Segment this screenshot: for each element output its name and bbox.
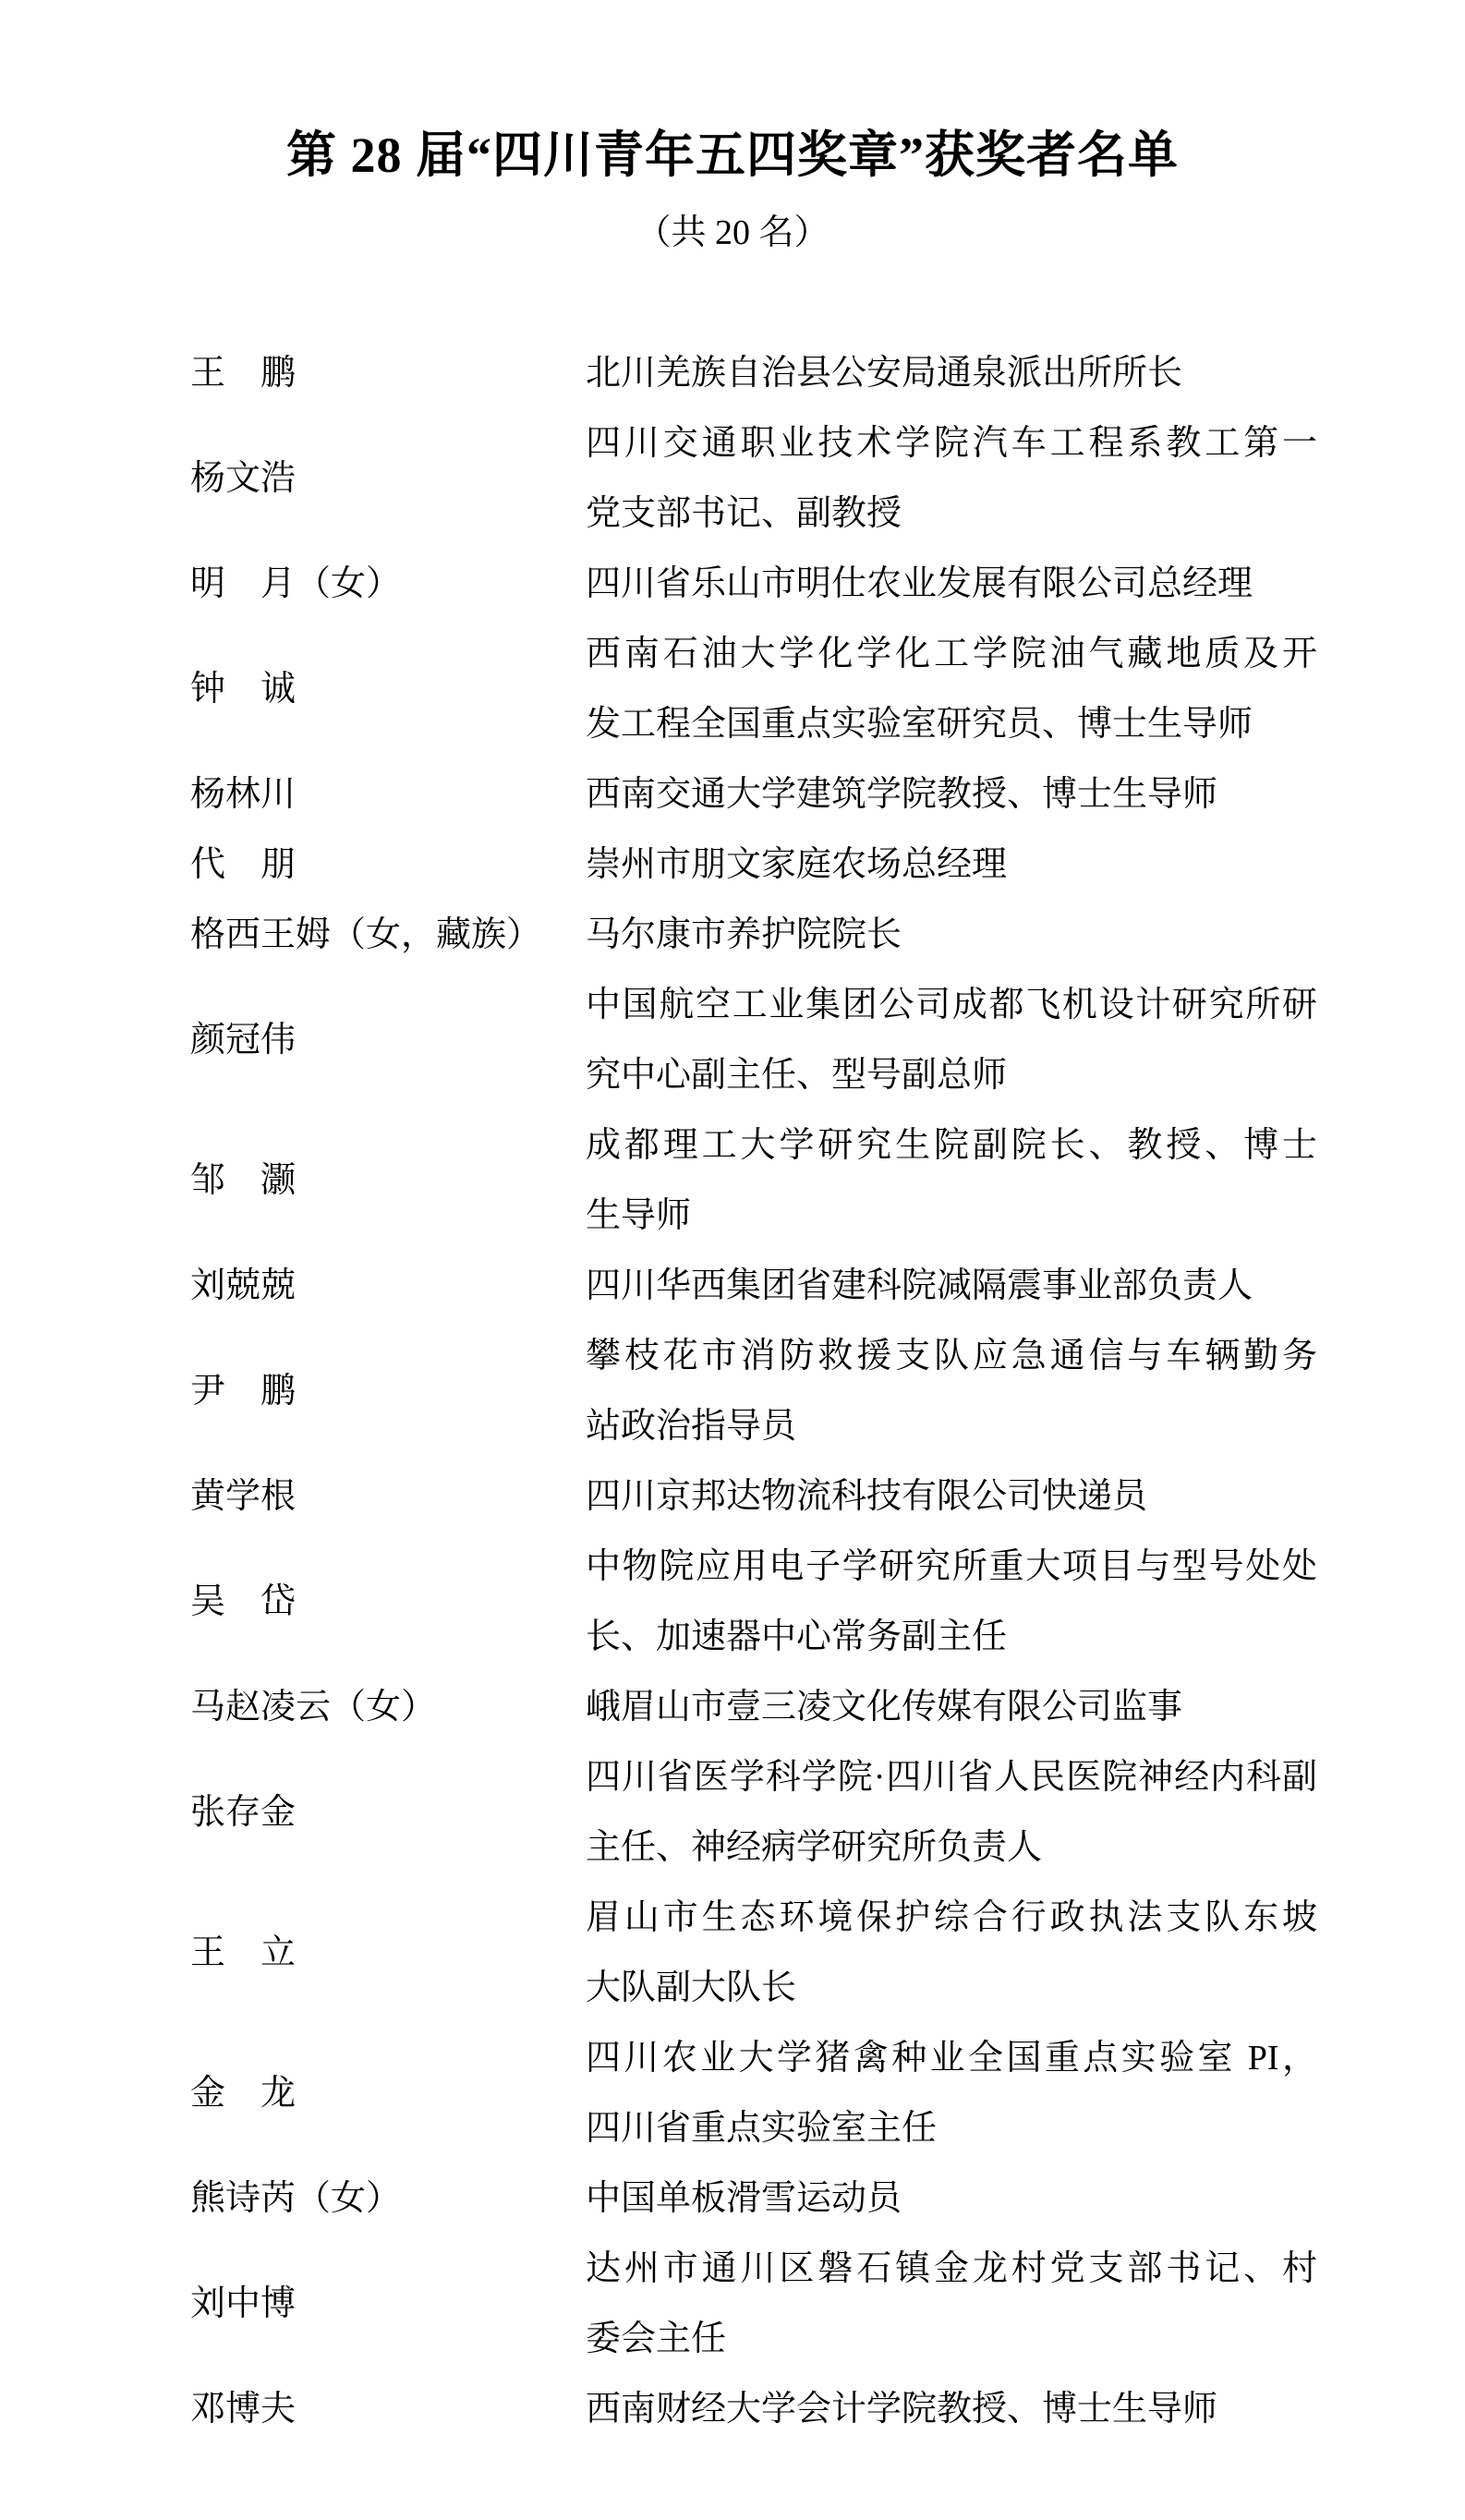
awardee-name: 金 龙 (190, 2058, 586, 2128)
list-item: 刘中博 达州市通川区磐石镇金龙村党支部书记、村 委会主任 (0, 2234, 1465, 2374)
awardee-title: 四川华西集团省建科院减隔震事业部负责人 (586, 1251, 1317, 1321)
awardee-title-line: 峨眉山市壹三凌文化传媒有限公司监事 (586, 1672, 1317, 1742)
awardee-title-line: 四川华西集团省建科院减隔震事业部负责人 (586, 1251, 1317, 1321)
awardee-title: 峨眉山市壹三凌文化传媒有限公司监事 (586, 1672, 1317, 1742)
awardee-title-line: 主任、神经病学研究所负责人 (586, 1812, 1317, 1883)
document-subtitle: （共 20 名） (0, 212, 1465, 253)
awardee-title: 崇州市朋文家庭农场总经理 (586, 830, 1317, 900)
awardee-title-line: 长、加速器中心常务副主任 (586, 1602, 1317, 1672)
list-item: 熊诗芮（女） 中国单板滑雪运动员 (0, 2163, 1465, 2234)
awardee-title-line: 究中心副主任、型号副总师 (586, 1040, 1317, 1110)
awardee-list: 王 鹏 北川羌族自治县公安局通泉派出所所长 杨文浩 四川交通职业技术学院汽车工程… (0, 338, 1465, 2444)
awardee-title-line: 四川省医学科学院·四川省人民医院神经内科副 (586, 1742, 1317, 1812)
awardee-title-line: 生导师 (586, 1181, 1317, 1251)
list-item: 张存金 四川省医学科学院·四川省人民医院神经内科副 主任、神经病学研究所负责人 (0, 1742, 1465, 1883)
awardee-title-line: 成都理工大学研究生院副院长、教授、博士 (586, 1110, 1317, 1181)
awardee-name: 刘中博 (190, 2269, 586, 2339)
awardee-title: 马尔康市养护院院长 (586, 900, 1317, 970)
awardee-name: 吴 岱 (190, 1567, 586, 1637)
awardee-title: 四川省医学科学院·四川省人民医院神经内科副 主任、神经病学研究所负责人 (586, 1742, 1317, 1883)
awardee-name: 邹 灏 (190, 1145, 586, 1216)
awardee-name: 张存金 (190, 1777, 586, 1848)
document-title: 第 28 届“四川青年五四奖章”获奖者名单 (0, 0, 1465, 183)
awardee-title-line: 四川交通职业技术学院汽车工程系教工第一 (586, 408, 1317, 479)
awardee-name: 王 鹏 (190, 338, 586, 408)
awardee-name: 代 朋 (190, 830, 586, 900)
list-item: 代 朋 崇州市朋文家庭农场总经理 (0, 830, 1465, 900)
awardee-title-line: 眉山市生态环境保护综合行政执法支队东坡 (586, 1883, 1317, 1953)
awardee-name: 马赵凌云（女） (190, 1672, 586, 1742)
list-item: 格西王姆（女，藏族） 马尔康市养护院院长 (0, 900, 1465, 970)
list-item: 吴 岱 中物院应用电子学研究所重大项目与型号处处 长、加速器中心常务副主任 (0, 1532, 1465, 1672)
awardee-title: 中国航空工业集团公司成都飞机设计研究所研 究中心副主任、型号副总师 (586, 970, 1317, 1110)
list-item: 王 鹏 北川羌族自治县公安局通泉派出所所长 (0, 338, 1465, 408)
awardee-title-line: 大队副大队长 (586, 1953, 1317, 2023)
awardee-title: 四川省乐山市明仕农业发展有限公司总经理 (586, 549, 1317, 619)
awardee-title-line: 攀枝花市消防救援支队应急通信与车辆勤务 (586, 1321, 1317, 1391)
awardee-title-line: 中国单板滑雪运动员 (586, 2163, 1317, 2234)
awardee-name: 颜冠伟 (190, 1005, 586, 1075)
awardee-title: 西南财经大学会计学院教授、博士生导师 (586, 2374, 1317, 2444)
awardee-title-line: 西南交通大学建筑学院教授、博士生导师 (586, 759, 1317, 830)
awardee-title: 四川交通职业技术学院汽车工程系教工第一 党支部书记、副教授 (586, 408, 1317, 549)
awardee-title-line: 崇州市朋文家庭农场总经理 (586, 830, 1317, 900)
awardee-title: 眉山市生态环境保护综合行政执法支队东坡 大队副大队长 (586, 1883, 1317, 2023)
awardee-title-line: 委会主任 (586, 2304, 1317, 2374)
list-item: 邓博夫 西南财经大学会计学院教授、博士生导师 (0, 2374, 1465, 2444)
awardee-name: 杨林川 (190, 759, 586, 830)
awardee-title-line: 西南财经大学会计学院教授、博士生导师 (586, 2374, 1317, 2444)
awardee-title: 中物院应用电子学研究所重大项目与型号处处 长、加速器中心常务副主任 (586, 1532, 1317, 1672)
awardee-title: 四川京邦达物流科技有限公司快递员 (586, 1461, 1317, 1532)
awardee-title: 北川羌族自治县公安局通泉派出所所长 (586, 338, 1317, 408)
awardee-title: 西南交通大学建筑学院教授、博士生导师 (586, 759, 1317, 830)
awardee-title: 西南石油大学化学化工学院油气藏地质及开 发工程全国重点实验室研究员、博士生导师 (586, 619, 1317, 759)
awardee-title: 达州市通川区磐石镇金龙村党支部书记、村 委会主任 (586, 2234, 1317, 2374)
list-item: 杨文浩 四川交通职业技术学院汽车工程系教工第一 党支部书记、副教授 (0, 408, 1465, 549)
list-item: 颜冠伟 中国航空工业集团公司成都飞机设计研究所研 究中心副主任、型号副总师 (0, 970, 1465, 1110)
awardee-title-line: 站政治指导员 (586, 1391, 1317, 1461)
awardee-name: 王 立 (190, 1918, 586, 1988)
awardee-title-line: 中物院应用电子学研究所重大项目与型号处处 (586, 1532, 1317, 1602)
awardee-title-line: 西南石油大学化学化工学院油气藏地质及开 (586, 619, 1317, 689)
awardee-title-line: 马尔康市养护院院长 (586, 900, 1317, 970)
awardee-title: 成都理工大学研究生院副院长、教授、博士 生导师 (586, 1110, 1317, 1251)
awardee-title-line: 北川羌族自治县公安局通泉派出所所长 (586, 338, 1317, 408)
awardee-name: 刘兢兢 (190, 1251, 586, 1321)
awardee-name: 格西王姆（女，藏族） (190, 900, 586, 970)
awardee-title: 中国单板滑雪运动员 (586, 2163, 1317, 2234)
list-item: 王 立 眉山市生态环境保护综合行政执法支队东坡 大队副大队长 (0, 1883, 1465, 2023)
awardee-name: 杨文浩 (190, 443, 586, 514)
list-item: 钟 诚 西南石油大学化学化工学院油气藏地质及开 发工程全国重点实验室研究员、博士… (0, 619, 1465, 759)
list-item: 黄学根 四川京邦达物流科技有限公司快递员 (0, 1461, 1465, 1532)
list-item: 杨林川 西南交通大学建筑学院教授、博士生导师 (0, 759, 1465, 830)
awardee-title-line: 四川农业大学猪禽种业全国重点实验室 PI， (586, 2023, 1317, 2093)
list-item: 刘兢兢 四川华西集团省建科院减隔震事业部负责人 (0, 1251, 1465, 1321)
awardee-name: 钟 诚 (190, 654, 586, 724)
awardee-title-line: 党支部书记、副教授 (586, 479, 1317, 549)
awardee-title-line: 四川省重点实验室主任 (586, 2093, 1317, 2163)
awardee-name: 熊诗芮（女） (190, 2163, 586, 2234)
awardee-name: 邓博夫 (190, 2374, 586, 2444)
awardee-title: 攀枝花市消防救援支队应急通信与车辆勤务 站政治指导员 (586, 1321, 1317, 1461)
awardee-title-line: 四川京邦达物流科技有限公司快递员 (586, 1461, 1317, 1532)
awardee-name: 黄学根 (190, 1461, 586, 1532)
awardee-name: 尹 鹏 (190, 1356, 586, 1426)
list-item: 邹 灏 成都理工大学研究生院副院长、教授、博士 生导师 (0, 1110, 1465, 1251)
awardee-title-line: 中国航空工业集团公司成都飞机设计研究所研 (586, 970, 1317, 1040)
awardee-title-line: 发工程全国重点实验室研究员、博士生导师 (586, 689, 1317, 759)
list-item: 金 龙 四川农业大学猪禽种业全国重点实验室 PI， 四川省重点实验室主任 (0, 2023, 1465, 2163)
awardee-title-line: 达州市通川区磐石镇金龙村党支部书记、村 (586, 2234, 1317, 2304)
document-page: 第 28 届“四川青年五四奖章”获奖者名单 （共 20 名） 王 鹏 北川羌族自… (0, 0, 1465, 2520)
awardee-name: 明 月（女） (190, 549, 586, 619)
list-item: 明 月（女） 四川省乐山市明仕农业发展有限公司总经理 (0, 549, 1465, 619)
list-item: 尹 鹏 攀枝花市消防救援支队应急通信与车辆勤务 站政治指导员 (0, 1321, 1465, 1461)
awardee-title: 四川农业大学猪禽种业全国重点实验室 PI， 四川省重点实验室主任 (586, 2023, 1317, 2163)
awardee-title-line: 四川省乐山市明仕农业发展有限公司总经理 (586, 549, 1317, 619)
list-item: 马赵凌云（女） 峨眉山市壹三凌文化传媒有限公司监事 (0, 1672, 1465, 1742)
